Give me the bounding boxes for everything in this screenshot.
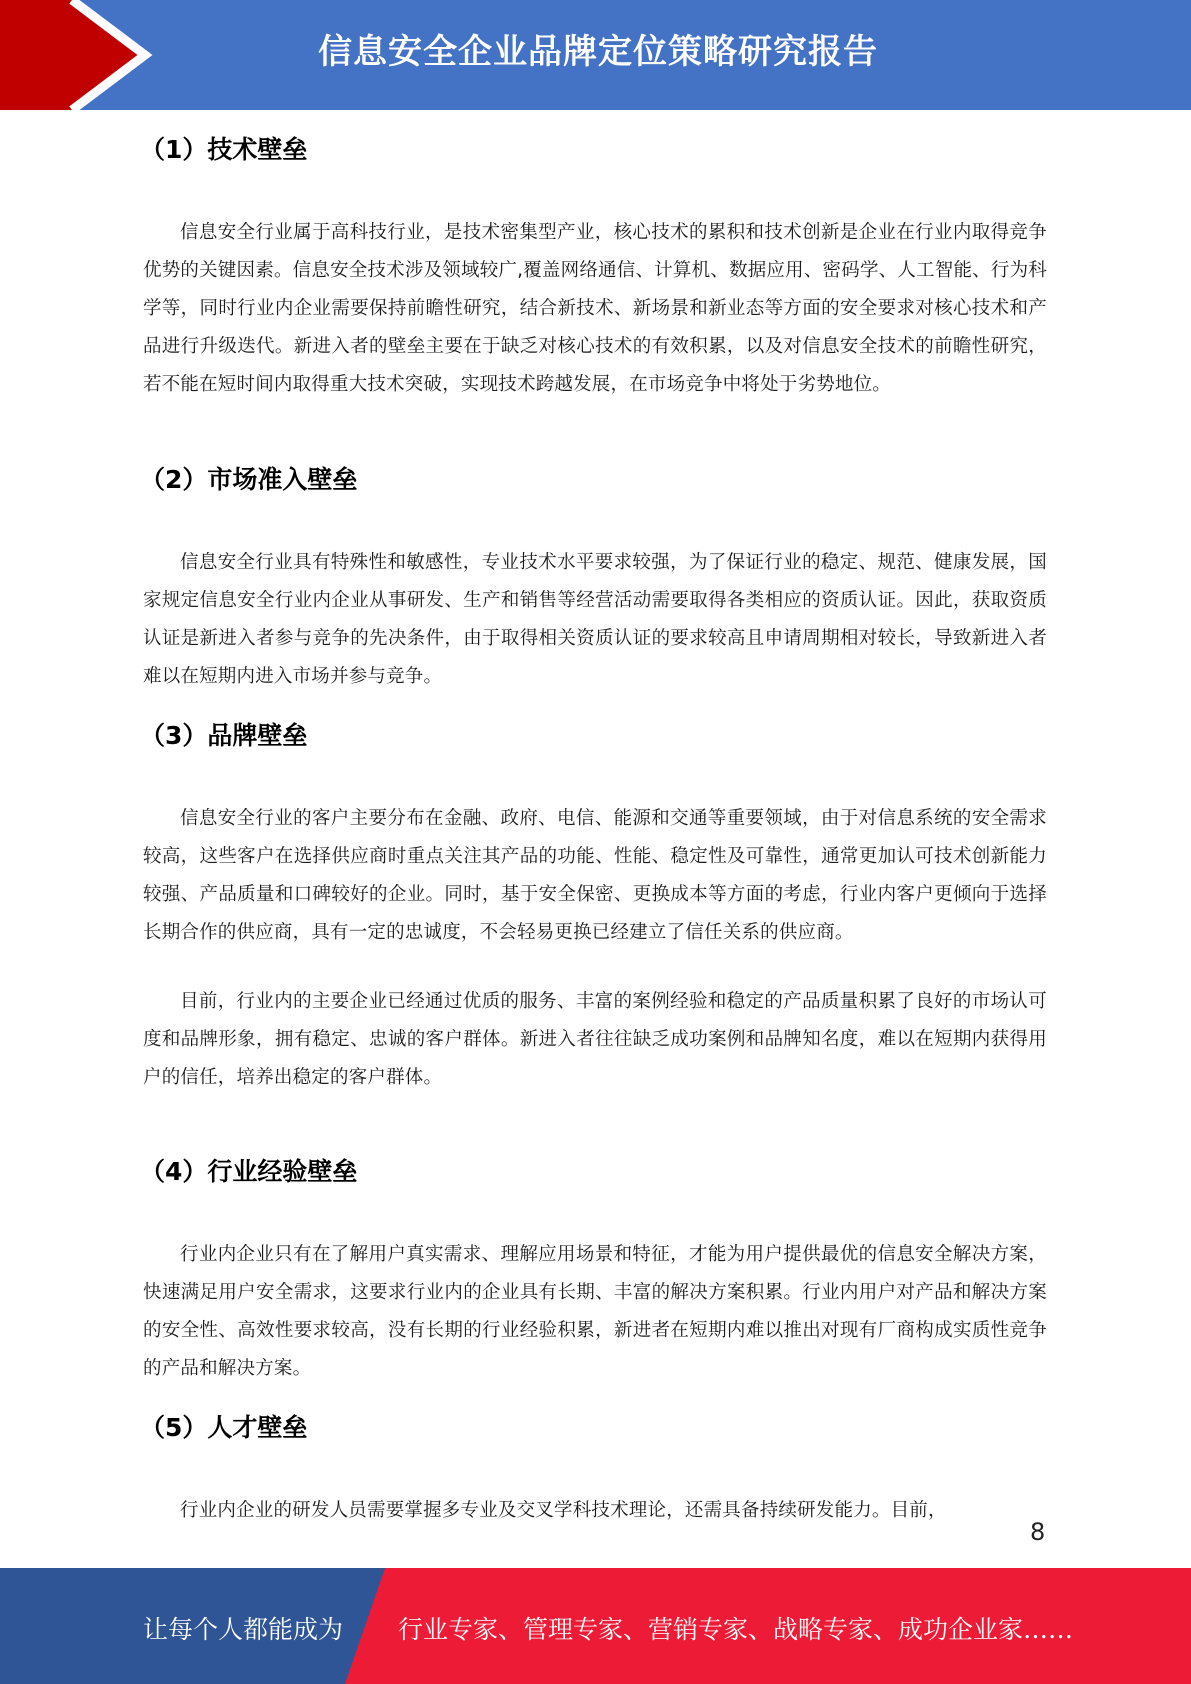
chevron-icon bbox=[0, 0, 200, 110]
section-industry-experience-barrier: （4）行业经验壁垒 行业内企业只有在了解用户真实需求、理解应用场景和特征，才能为… bbox=[143, 1146, 1047, 1388]
paragraph: 目前，行业内的主要企业已经通过优质的服务、丰富的案例经验和稳定的产品质量积累了良… bbox=[143, 983, 1047, 1097]
section-heading: （1）技术壁垒 bbox=[140, 124, 1047, 176]
section-market-access-barrier: （2）市场准入壁垒 信息安全行业具有特殊性和敏感性，专业技术水平要求较强，为了保… bbox=[143, 454, 1047, 696]
footer-slogan-right: 行业专家、管理专家、营销专家、战略专家、成功企业家…… bbox=[398, 1610, 1073, 1646]
section-heading: （3）品牌壁垒 bbox=[140, 710, 1047, 762]
paragraph: 信息安全行业属于高科技行业，是技术密集型产业，核心技术的累积和技术创新是企业在行… bbox=[143, 214, 1047, 404]
section-brand-barrier: （3）品牌壁垒 信息安全行业的客户主要分布在金融、政府、电信、能源和交通等重要领… bbox=[143, 710, 1047, 1097]
section-heading: （4）行业经验壁垒 bbox=[140, 1146, 1047, 1198]
report-title: 信息安全企业品牌定位策略研究报告 bbox=[318, 30, 878, 74]
page-footer: 让每个人都能成为 行业专家、管理专家、营销专家、战略专家、成功企业家…… bbox=[0, 1568, 1191, 1684]
paragraph: 行业内企业只有在了解用户真实需求、理解应用场景和特征，才能为用户提供最优的信息安… bbox=[143, 1236, 1047, 1388]
page-number: 8 bbox=[1030, 1518, 1045, 1546]
footer-slogan-left: 让每个人都能成为 bbox=[143, 1610, 343, 1646]
page-header: 信息安全企业品牌定位策略研究报告 bbox=[0, 0, 1191, 110]
section-heading: （5）人才壁垒 bbox=[140, 1402, 1047, 1454]
section-talent-barrier: （5）人才壁垒 行业内企业的研发人员需要掌握多专业及交叉学科技术理论，还需具备持… bbox=[143, 1402, 1047, 1530]
paragraph: 行业内企业的研发人员需要掌握多专业及交叉学科技术理论，还需具备持续研发能力。目前… bbox=[143, 1492, 1047, 1530]
section-heading: （2）市场准入壁垒 bbox=[140, 454, 1047, 506]
section-tech-barrier: （1）技术壁垒 信息安全行业属于高科技行业，是技术密集型产业，核心技术的累积和技… bbox=[143, 124, 1047, 404]
paragraph: 信息安全行业的客户主要分布在金融、政府、电信、能源和交通等重要领域，由于对信息系… bbox=[143, 800, 1047, 952]
paragraph: 信息安全行业具有特殊性和敏感性，专业技术水平要求较强，为了保证行业的稳定、规范、… bbox=[143, 544, 1047, 696]
